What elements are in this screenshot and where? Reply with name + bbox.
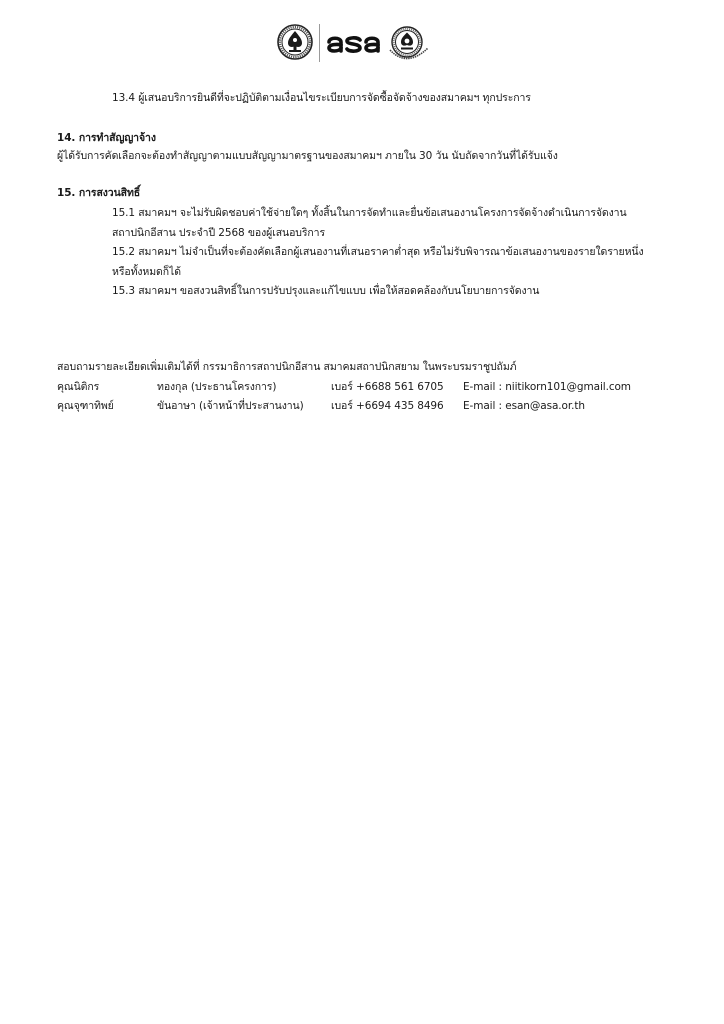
section-15-title: 15. การสงวนสิทธิ์ [57,186,140,200]
clause-13-4: 13.4 ผู้เสนอบริการยินดีที่จะปฏิบัติตามเง… [112,91,531,105]
logo-divider [319,24,320,62]
clause-15-1-line1: 15.1 สมาคมฯ จะไม่รับผิดชอบค่าใช้จ่ายใดๆ … [112,206,627,220]
contact-email: E-mail : niitikorn101@gmail.com [463,380,631,394]
clause-15-1-line2: สถาปนิกอีสาน ประจำปี 2568 ของผู้เสนอบริก… [112,226,325,240]
contact-first-name: คุณจุฑาทิพย์ [57,399,114,413]
letterhead [0,22,724,66]
clause-15-3: 15.3 สมาคมฯ ขอสงวนสิทธิ์ในการปรับปรุงและ… [112,284,539,298]
section-14-body: ผู้ได้รับการคัดเลือกจะต้องทำสัญญาตามแบบส… [57,149,558,163]
contact-first-name: คุณนิติกร [57,380,99,394]
contact-email: E-mail : esan@asa.or.th [463,399,585,413]
contact-phone: เบอร์ +6688 561 6705 [331,380,444,394]
contact-phone: เบอร์ +6694 435 8496 [331,399,444,413]
contact-last-name-role: ขันอาษา (เจ้าหน้าที่ประสานงาน) [157,399,304,413]
document-page: 13.4 ผู้เสนอบริการยินดีที่จะปฏิบัติตามเง… [0,0,724,1024]
royal-seal-icon [277,24,313,60]
clause-15-2-line1: 15.2 สมาคมฯ ไม่จำเป็นที่จะต้องคัดเลือกผู… [112,245,644,259]
contact-last-name-role: ทองกุล (ประธานโครงการ) [157,380,276,394]
regional-seal-icon [386,24,432,64]
asa-wordmark-logo [326,30,382,56]
section-14-title: 14. การทำสัญญาจ้าง [57,131,156,145]
contact-intro: สอบถามรายละเอียดเพิ่มเติมได้ที่ กรรมาธิก… [57,360,516,374]
clause-15-2-line2: หรือทั้งหมดก็ได้ [112,265,181,279]
